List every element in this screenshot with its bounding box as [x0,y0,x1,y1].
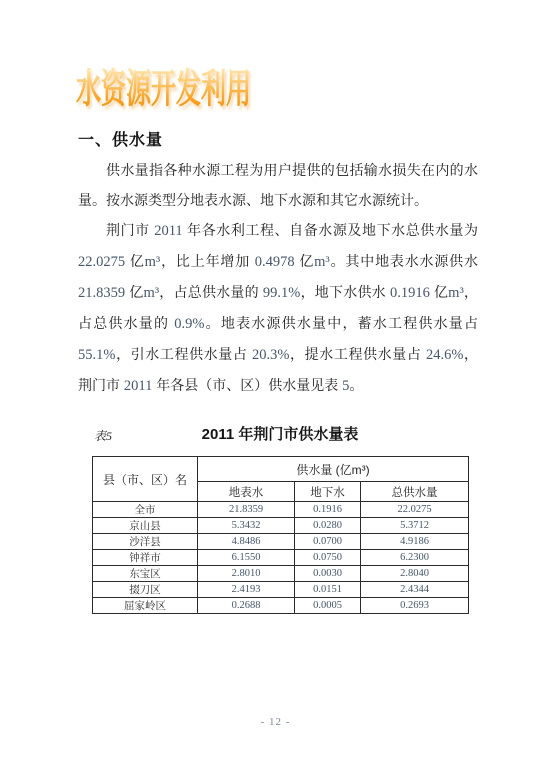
region-name-cell: 东宝区 [93,566,198,582]
table-row: 东宝区2.80100.00302.8040 [93,566,469,582]
value-cell: 22.0275 [361,502,469,518]
table-body: 全市21.83590.191622.0275京山县5.34320.02805.3… [93,502,469,614]
col-header-supply-group: 供水量 (亿m³) [198,457,469,482]
number-text: m³ [314,254,330,270]
region-name-cell: 全市 [93,502,198,518]
table-row: 掇刀区2.41930.01512.4344 [93,582,469,598]
number-text: 0.1916 [390,285,430,301]
number-text: m³ [143,285,159,301]
col-header-region: 县（市、区）名 [93,457,198,502]
section-heading: 一、供水量 [78,127,163,150]
number-text: 0.4978 [255,254,295,270]
number-text: 20.3% [252,347,289,363]
value-cell: 5.3712 [361,518,469,534]
chinese-text: 亿 [430,284,448,300]
value-cell: 21.8359 [198,502,295,518]
region-name-cell: 掇刀区 [93,582,198,598]
table-caption-label: 表5 [94,427,112,444]
table-row: 屈家岭区0.26880.00050.2693 [93,598,469,614]
value-cell: 2.4344 [361,582,469,598]
table-caption: 表5 2011 年荆门市供水量表 [92,424,468,446]
number-text: 0.9% [174,316,204,332]
value-cell: 0.0151 [295,582,361,598]
table-row: 京山县5.34320.02805.3712 [93,518,469,534]
table-caption-title: 2011 年荆门市供水量表 [92,424,468,446]
number-text: 24.6% [426,347,463,363]
wordart-title: 水资源开发利用 [76,57,251,115]
col-subheader: 地下水 [295,482,361,502]
document-page: 水资源开发利用 一、供水量 供水量指各种水源工程为用户提供的包括输水损失在内的水… [0,0,551,780]
value-cell: 2.4193 [198,582,295,598]
value-cell: 6.2300 [361,550,469,566]
table-row: 钟祥市6.15500.07506.2300 [93,550,469,566]
region-name-cell: 京山县 [93,518,198,534]
value-cell: 0.2693 [361,598,469,614]
water-supply-table: 县（市、区）名 供水量 (亿m³) 地表水地下水总供水量 全市21.83590.… [92,456,469,614]
chinese-text: 供水量指各种水源工程为用户提供的包括输水损失在内的水量。按水源类型分地表水源、地… [78,162,478,208]
paragraph: 供水量指各种水源工程为用户提供的包括输水损失在内的水量。按水源类型分地表水源、地… [78,155,478,215]
value-cell: 2.8040 [361,566,469,582]
value-cell: 4.8486 [198,534,295,550]
value-cell: 0.0030 [295,566,361,582]
value-cell: 0.0005 [295,598,361,614]
number-text: 2011 [154,223,182,239]
value-cell: 0.0750 [295,550,361,566]
number-text: 21.8359 [78,285,125,301]
chinese-text: ，比上年增加 [160,253,254,269]
chinese-text: ，地下水供水 [300,284,390,300]
chinese-text: ，提水工程供水量占 [289,346,426,362]
chinese-text: 年各水利工程、自备水源及地下水总供水量为 [183,222,478,238]
chinese-text: 亿 [295,253,315,269]
col-subheader: 总供水量 [361,482,469,502]
chinese-text: 荆门市 [106,222,154,238]
chinese-text: 。其中地表水水源供水 [330,253,478,269]
col-subheader: 地表水 [198,482,295,502]
chinese-text: ，占总供水量的 [159,284,263,300]
value-cell: 0.2688 [198,598,295,614]
page-number: - 12 - [0,716,551,728]
region-name-cell: 钟祥市 [93,550,198,566]
number-text: 99.1% [263,285,300,301]
value-cell: 5.3432 [198,518,295,534]
number-text: 55.1% [78,347,115,363]
chinese-text: 亿 [125,253,145,269]
body-paragraphs: 供水量指各种水源工程为用户提供的包括输水损失在内的水量。按水源类型分地表水源、地… [78,155,478,401]
table-header-row: 县（市、区）名 供水量 (亿m³) [93,457,469,482]
chinese-text: 。 [349,377,363,393]
chinese-text: ，引水工程供水量占 [115,346,252,362]
value-cell: 0.0700 [295,534,361,550]
paragraph: 荆门市 2011 年各水利工程、自备水源及地下水总供水量为 22.0275 亿m… [78,215,478,401]
value-cell: 0.1916 [295,502,361,518]
value-cell: 6.1550 [198,550,295,566]
chinese-text: 亿 [125,284,143,300]
value-cell: 4.9186 [361,534,469,550]
number-text: m³ [448,285,464,301]
table-row: 沙洋县4.84860.07004.9186 [93,534,469,550]
chinese-text: 。地表水源供水量中，蓄水工程供水量占 [204,315,478,331]
number-text: m³ [145,254,161,270]
number-text: 2011 [124,378,152,394]
value-cell: 0.0280 [295,518,361,534]
number-text: 22.0275 [78,254,125,270]
region-name-cell: 沙洋县 [93,534,198,550]
table-row: 全市21.83590.191622.0275 [93,502,469,518]
value-cell: 2.8010 [198,566,295,582]
chinese-text: 年各县（市、区）供水量见表 [152,377,342,393]
region-name-cell: 屈家岭区 [93,598,198,614]
